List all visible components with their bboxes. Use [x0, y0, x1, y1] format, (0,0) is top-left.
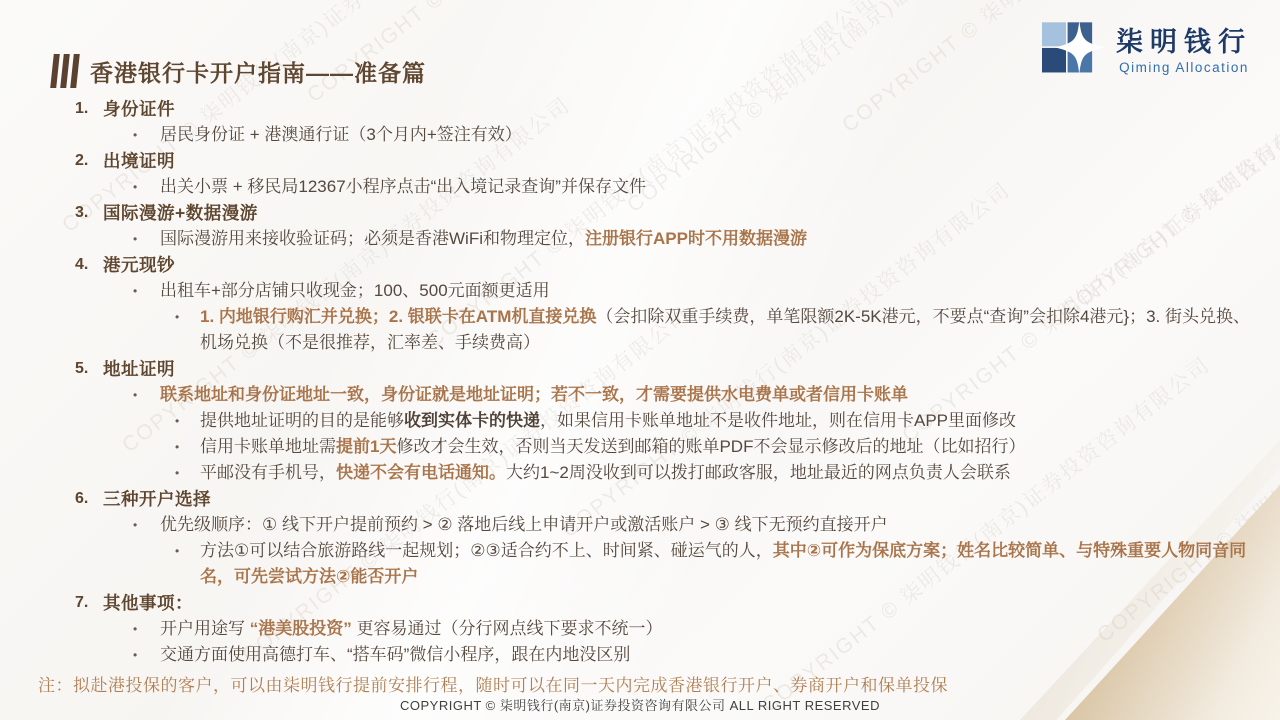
item-number: 1. [75, 96, 103, 122]
text-segment: “港美股投资” [250, 619, 352, 638]
list-item: 1.身份证件 [75, 96, 1262, 122]
item-heading: 身份证件 [103, 96, 175, 122]
bullet-text: 优先级顺序：① 线下开户提前预约 > ② 落地后线上申请开户或激活账户 > ③ … [160, 512, 1262, 538]
slide: COPYRIGHT © 柒明钱行(南京)证券投资咨询有限公司COPYRIGHT … [0, 0, 1280, 720]
text-segment: 方法①可以结合旅游路线一起规划；②③适合约不上、时间紧、碰运气的人， [200, 541, 773, 560]
bullet-text: 出租车+部分店铺只收现金；100、500元面额更适用 [160, 278, 1262, 304]
bullet-dot: • [133, 226, 160, 252]
list-item: 5.地址证明 [75, 356, 1262, 382]
list-item: 4.港元现钞 [75, 252, 1262, 278]
bullet-dot: • [133, 616, 160, 642]
list-item: 7.其他事项： [75, 590, 1262, 616]
bullet-dot: • [133, 382, 160, 408]
item-number: 2. [75, 148, 103, 174]
bullet-dot: • [133, 174, 160, 200]
bullet-text: 交通方面使用高德打车、“搭车码”微信小程序，跟在内地没区别 [160, 642, 1262, 668]
item-heading: 其他事项： [103, 590, 193, 616]
logo-text: 柒明钱行 Qiming Allocation [1116, 28, 1252, 75]
bullet-item: •交通方面使用高德打车、“搭车码”微信小程序，跟在内地没区别 [133, 642, 1262, 668]
page-title: 香港银行卡开户指南——准备篇 [90, 55, 426, 88]
bullet-dot: • [175, 434, 200, 460]
item-number: 3. [75, 200, 103, 226]
outline-list: 1.身份证件•居民身份证 + 港澳通行证（3个月内+签注有效）2.出境证明•出关… [75, 96, 1262, 668]
bullet-dot: • [133, 512, 160, 538]
bullet-item: •信用卡账单地址需提前1天修改才会生效，否则当天发送到邮箱的账单PDF不会显示修… [175, 434, 1262, 460]
bullet-text: 提供地址证明的目的是能够收到实体卡的快递，如果信用卡账单地址不是收件地址，则在信… [200, 408, 1262, 434]
bullet-item: •开户用途写 “港美股投资” 更容易通过（分行网点线下要求不统一） [133, 616, 1262, 642]
item-number: 5. [75, 356, 103, 382]
bullet-text: 出关小票 + 移民局12367小程序点击“出入境记录查询”并保存文件 [160, 174, 1262, 200]
text-segment: 1. 内地银行购汇并兑换；2. 银联卡在ATM机直接兑换 [200, 307, 596, 326]
item-number: 4. [75, 252, 103, 278]
bullet-item: •出租车+部分店铺只收现金；100、500元面额更适用 [133, 278, 1262, 304]
logo-name-en: Qiming Allocation [1119, 60, 1249, 75]
text-segment: 注册银行APP时不用数据漫游 [585, 229, 807, 248]
bullet-item: •联系地址和身份证地址一致，身份证就是地址证明；若不一致，才需要提供水电费单或者… [133, 382, 1262, 408]
logo-name-cn: 柒明钱行 [1116, 28, 1252, 58]
title-bars-decoration [50, 54, 80, 88]
bullet-text: 信用卡账单地址需提前1天修改才会生效，否则当天发送到邮箱的账单PDF不会显示修改… [200, 434, 1262, 460]
list-item: 2.出境证明 [75, 148, 1262, 174]
item-heading: 三种开户选择 [103, 486, 211, 512]
bullet-text: 平邮没有手机号，快递不会有电话通知。大约1~2周没收到可以拨打邮政客服，地址最近… [200, 460, 1262, 486]
text-segment: 开户用途写 [160, 619, 250, 638]
text-segment: 出租车+部分店铺只收现金；100、500元面额更适用 [160, 281, 550, 300]
text-segment: 平邮没有手机号， [200, 463, 336, 482]
item-heading: 地址证明 [103, 356, 175, 382]
logo: 柒明钱行 Qiming Allocation [1042, 22, 1252, 81]
bullet-dot: • [175, 538, 200, 590]
text-segment: 信用卡账单地址需 [200, 437, 336, 456]
copyright-text: COPYRIGHT © 柒明钱行(南京)证券投资咨询有限公司 ALL RIGHT… [0, 695, 1280, 714]
bullet-text: 联系地址和身份证地址一致，身份证就是地址证明；若不一致，才需要提供水电费单或者信… [160, 382, 1262, 408]
item-heading: 港元现钞 [103, 252, 175, 278]
text-segment: 提供地址证明的目的是能够 [200, 411, 404, 430]
bullet-item: •出关小票 + 移民局12367小程序点击“出入境记录查询”并保存文件 [133, 174, 1262, 200]
text-segment: 居民身份证 + 港澳通行证（3个月内+签注有效） [160, 125, 522, 144]
text-segment: 交通方面使用高德打车、“搭车码”微信小程序，跟在内地没区别 [160, 645, 630, 664]
bullet-item: •方法①可以结合旅游路线一起规划；②③适合约不上、时间紧、碰运气的人，其中②可作… [175, 538, 1262, 590]
item-heading: 出境证明 [103, 148, 175, 174]
text-segment: 联系地址和身份证地址一致，身份证就是地址证明；若不一致，才需要提供水电费单或者信… [160, 385, 908, 404]
text-segment: 出关小票 + 移民局12367小程序点击“出入境记录查询”并保存文件 [160, 177, 646, 196]
bullet-item: • 国际漫游用来接收验证码；必须是香港WiFi和物理定位，注册银行APP时不用数… [133, 226, 1262, 252]
item-heading: 国际漫游+数据漫游 [103, 200, 258, 226]
bullet-item: •优先级顺序：① 线下开户提前预约 > ② 落地后线上申请开户或激活账户 > ③… [133, 512, 1262, 538]
bullet-item: •平邮没有手机号，快递不会有电话通知。大约1~2周没收到可以拨打邮政客服，地址最… [175, 460, 1262, 486]
bullet-dot: • [133, 122, 160, 148]
bullet-text: 方法①可以结合旅游路线一起规划；②③适合约不上、时间紧、碰运气的人，其中②可作为… [200, 538, 1262, 590]
text-segment: 国际漫游用来接收验证码；必须是香港WiFi和物理定位， [160, 229, 585, 248]
four-point-star-icon [1042, 22, 1106, 81]
text-segment: 更容易通过（分行网点线下要求不统一） [352, 619, 663, 638]
item-number: 6. [75, 486, 103, 512]
text-segment: 收到实体卡的快递 [404, 411, 540, 430]
bullet-dot: • [175, 304, 200, 356]
bullet-dot: • [133, 642, 160, 668]
footer-note: 注：拟赴港投保的客户，可以由柒明钱行提前安排行程，随时可以在同一天内完成香港银行… [38, 671, 948, 696]
bullet-item: •提供地址证明的目的是能够收到实体卡的快递，如果信用卡账单地址不是收件地址，则在… [175, 408, 1262, 434]
list-item: 3.国际漫游+数据漫游 [75, 200, 1262, 226]
bullet-text: 居民身份证 + 港澳通行证（3个月内+签注有效） [160, 122, 1262, 148]
text-segment: 大约1~2周没收到可以拨打邮政客服，地址最近的网点负责人会联系 [506, 463, 1011, 482]
bullet-text: 开户用途写 “港美股投资” 更容易通过（分行网点线下要求不统一） [160, 616, 1262, 642]
item-number: 7. [75, 590, 103, 616]
bullet-dot: • [133, 278, 160, 304]
text-segment: ，如果信用卡账单地址不是收件地址，则在信用卡APP里面修改 [540, 411, 1016, 430]
bullet-item: •1. 内地银行购汇并兑换；2. 银联卡在ATM机直接兑换（会扣除双重手续费，单… [175, 304, 1262, 356]
header: 香港银行卡开户指南——准备篇 [52, 54, 426, 88]
text-segment: 修改才会生效，否则当天发送到邮箱的账单PDF不会显示修改后的地址（比如招行） [396, 437, 1025, 456]
bullet-text: 1. 内地银行购汇并兑换；2. 银联卡在ATM机直接兑换（会扣除双重手续费，单笔… [200, 304, 1262, 356]
text-segment: 提前1天 [336, 437, 396, 456]
bullet-text: 国际漫游用来接收验证码；必须是香港WiFi和物理定位，注册银行APP时不用数据漫… [160, 226, 1262, 252]
text-segment: 优先级顺序：① 线下开户提前预约 > ② 落地后线上申请开户或激活账户 > ③ … [160, 515, 888, 534]
bullet-dot: • [175, 408, 200, 434]
bullet-item: •居民身份证 + 港澳通行证（3个月内+签注有效） [133, 122, 1262, 148]
text-segment: 快递不会有电话通知。 [336, 463, 506, 482]
list-item: 6.三种开户选择 [75, 486, 1262, 512]
bullet-dot: • [175, 460, 200, 486]
